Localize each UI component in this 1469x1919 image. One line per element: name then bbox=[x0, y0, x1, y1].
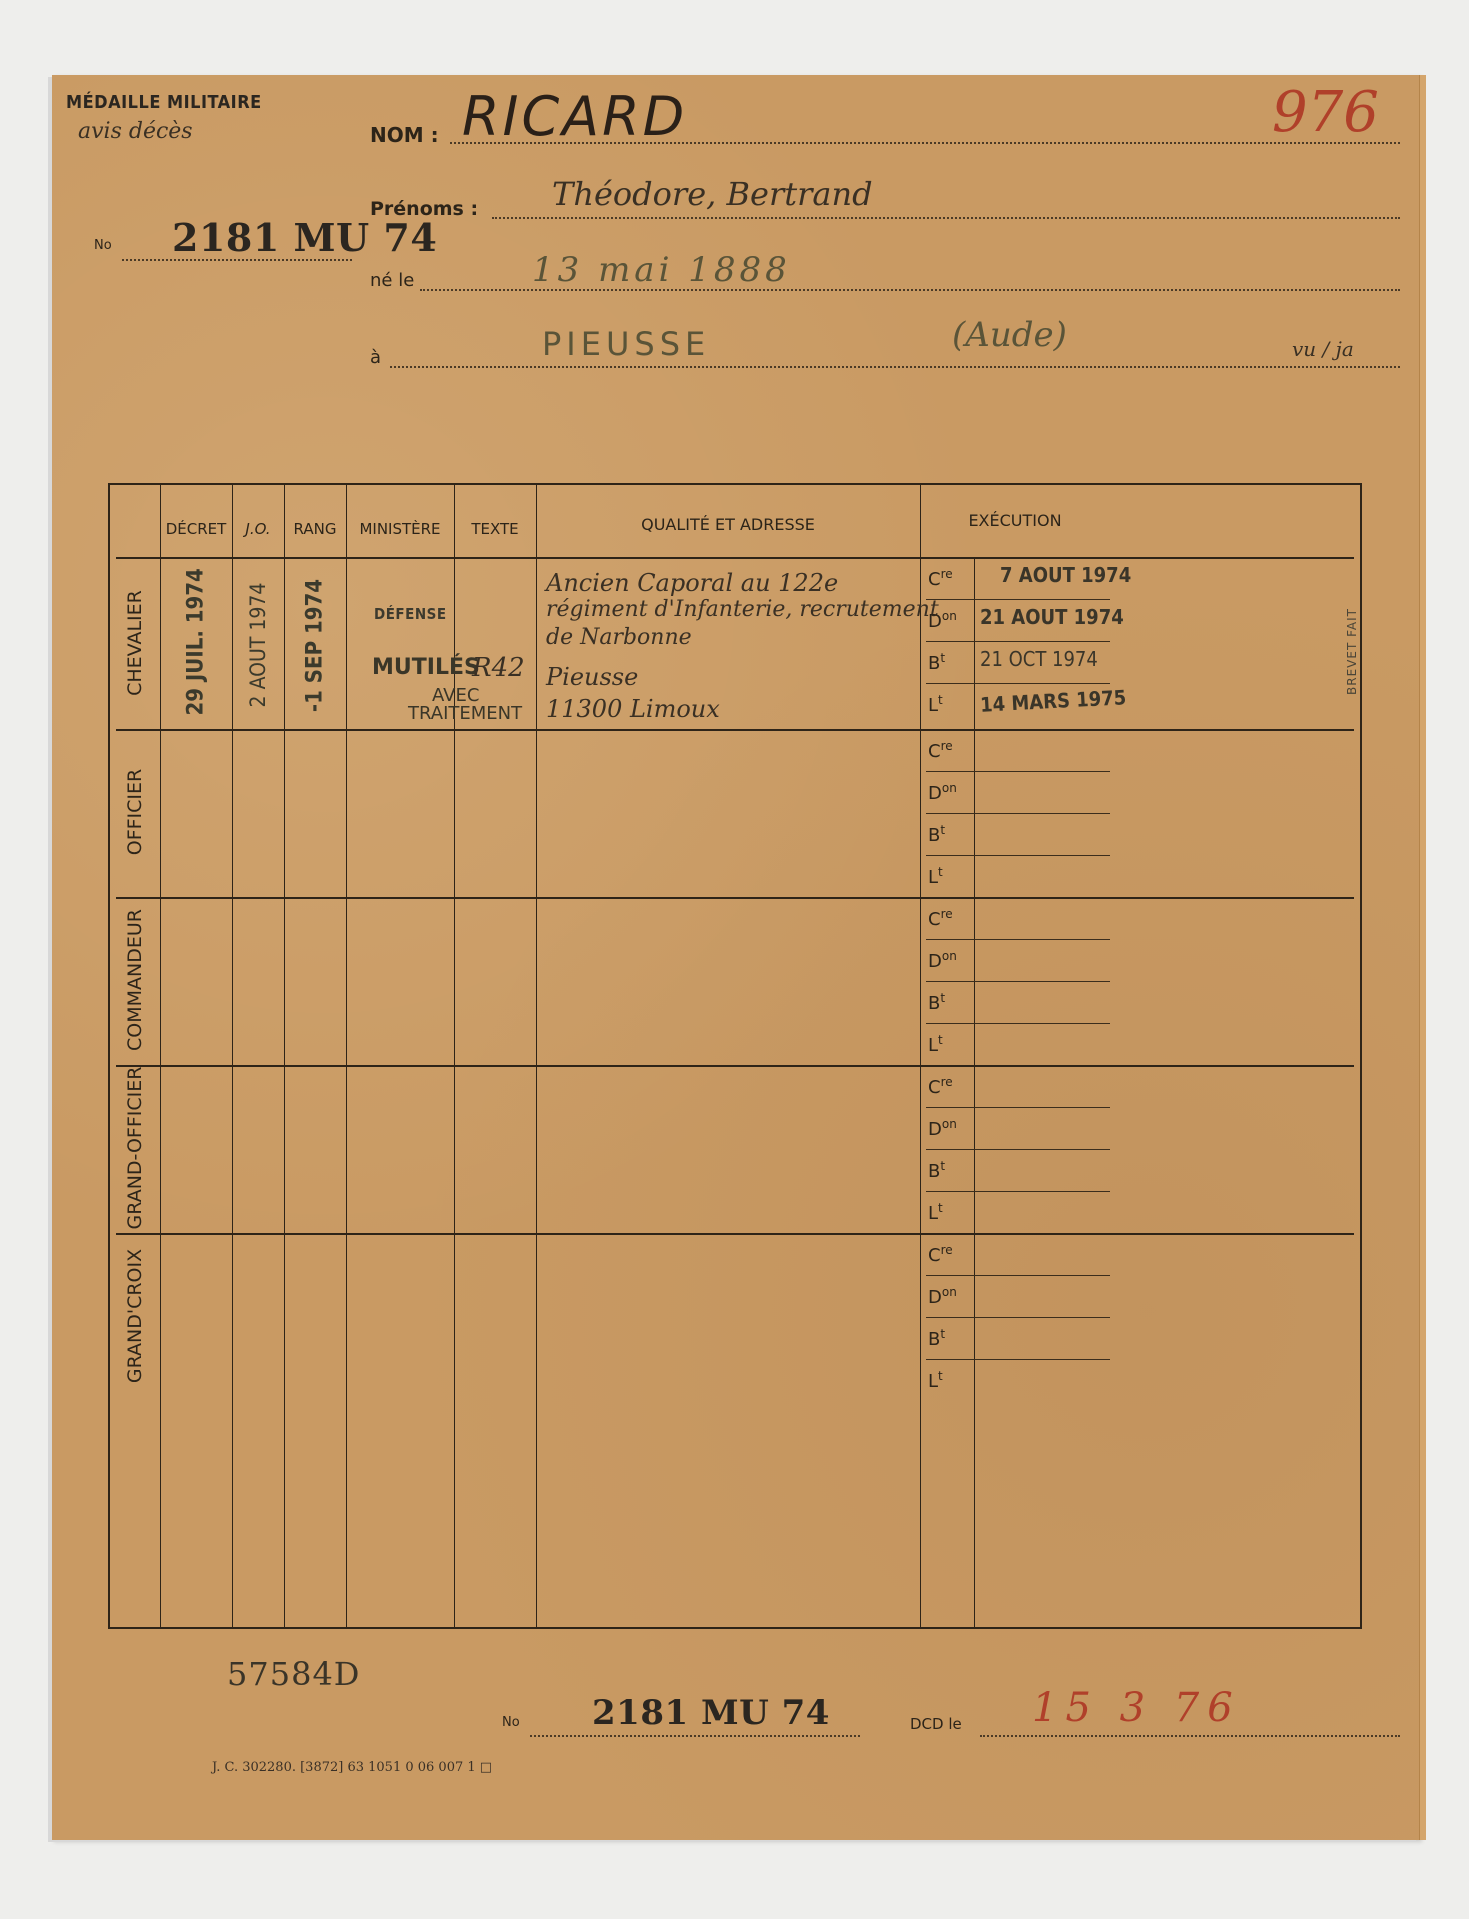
chevalier-qualite-4: Pieusse bbox=[546, 663, 638, 691]
chevalier-ministere-2: MUTILÉS bbox=[372, 655, 480, 680]
exec-lt-value: 14 MARS 1975 bbox=[979, 685, 1126, 717]
exec-label-bt: Bt bbox=[928, 651, 945, 674]
chevalier-qualite-2: régiment d'Infanterie, recrutement bbox=[546, 597, 939, 622]
printer-line: J. C. 302280. [3872] 63 1051 0 06 007 1 … bbox=[212, 1760, 492, 1775]
card-edge bbox=[1419, 75, 1426, 1840]
chevalier-qualite-1: Ancien Caporal au 122e bbox=[546, 569, 838, 597]
initials: vu / ja bbox=[1292, 337, 1354, 361]
footer-number-label: No bbox=[502, 1715, 520, 1730]
rank-chevalier: CHEVALIER bbox=[124, 558, 146, 728]
chevalier-rang: -1 SEP 1974 bbox=[303, 576, 328, 716]
exec-cre-value: 7 AOUT 1974 bbox=[1000, 563, 1131, 587]
number-value: 2181 MU 74 bbox=[172, 215, 437, 260]
a-dept-value: (Aude) bbox=[952, 315, 1067, 355]
number-label: No bbox=[94, 238, 112, 253]
rank-officier: OFFICIER bbox=[124, 727, 146, 897]
dcd-label: DCD le bbox=[910, 1715, 962, 1733]
chevalier-qualite-5: 11300 Limoux bbox=[546, 695, 720, 723]
rank-grand-officier: GRAND-OFFICIER bbox=[124, 1063, 146, 1233]
a-label: à bbox=[370, 347, 381, 368]
col-header-ministere: MINISTÈRE bbox=[346, 520, 454, 538]
execution-grid: Cre Don Bt Lt 7 AOUT 1974 21 AOUT 1974 2… bbox=[920, 557, 1110, 1627]
col-header-execution: EXÉCUTION bbox=[920, 511, 1110, 530]
rank-grand-croix: GRAND'CROIX bbox=[124, 1231, 146, 1401]
prenoms-value: Théodore, Bertrand bbox=[552, 175, 873, 213]
exec-label-cre: Cre bbox=[928, 567, 953, 590]
col-header-rang: RANG bbox=[284, 520, 346, 538]
prenoms-label: Prénoms : bbox=[370, 198, 478, 220]
col-header-jo: J.O. bbox=[232, 520, 284, 538]
chevalier-qualite-3: de Narbonne bbox=[546, 625, 692, 650]
medal-note: avis décès bbox=[78, 119, 193, 144]
dcd-dots bbox=[980, 1735, 1400, 1737]
chevalier-ministere-1: DÉFENSE bbox=[374, 605, 447, 623]
medal-title: MÉDAILLE MILITAIRE bbox=[66, 92, 262, 113]
ne-le-value: 13 mai 1888 bbox=[532, 250, 791, 290]
chevalier-texte: R42 bbox=[472, 653, 525, 683]
file-reference: 976 bbox=[1272, 80, 1379, 145]
col-header-decret: DÉCRET bbox=[160, 520, 232, 538]
footer-number-value: 2181 MU 74 bbox=[592, 1693, 830, 1733]
nom-value: RICARD bbox=[462, 85, 687, 148]
reference-code: 57584D bbox=[227, 1655, 360, 1693]
footer-number-dots bbox=[530, 1735, 860, 1737]
col-header-texte: TEXTE bbox=[454, 520, 536, 538]
prenoms-dots bbox=[492, 217, 1400, 219]
rank-commandeur: COMMANDEUR bbox=[124, 895, 146, 1065]
dcd-value: 15 3 76 bbox=[1032, 1685, 1241, 1731]
nom-label: NOM : bbox=[370, 123, 439, 147]
a-town-value: PIEUSSE bbox=[542, 325, 710, 363]
col-header-qualite: QUALITÉ ET ADRESSE bbox=[536, 515, 920, 534]
exec-don-value: 21 AOUT 1974 bbox=[980, 605, 1124, 629]
document-card: MÉDAILLE MILITAIRE avis décès No 2181 MU… bbox=[52, 75, 1420, 1840]
exec-label-lt: Lt bbox=[928, 693, 943, 716]
chevalier-jo: 2 AOUT 1974 bbox=[246, 575, 270, 715]
brevet-fait-stamp: BREVET FAIT bbox=[1345, 608, 1359, 695]
a-dots bbox=[390, 366, 1400, 368]
chevalier-ministere-4: TRAITEMENT bbox=[408, 703, 522, 724]
decoration-table: DÉCRET J.O. RANG MINISTÈRE TEXTE QUALITÉ… bbox=[108, 483, 1362, 1629]
ne-le-label: né le bbox=[370, 270, 414, 291]
exec-label-don: Don bbox=[928, 609, 957, 632]
exec-bt-value: 21 OCT 1974 bbox=[980, 647, 1098, 671]
chevalier-decret: 29 JUIL. 1974 bbox=[184, 576, 209, 716]
